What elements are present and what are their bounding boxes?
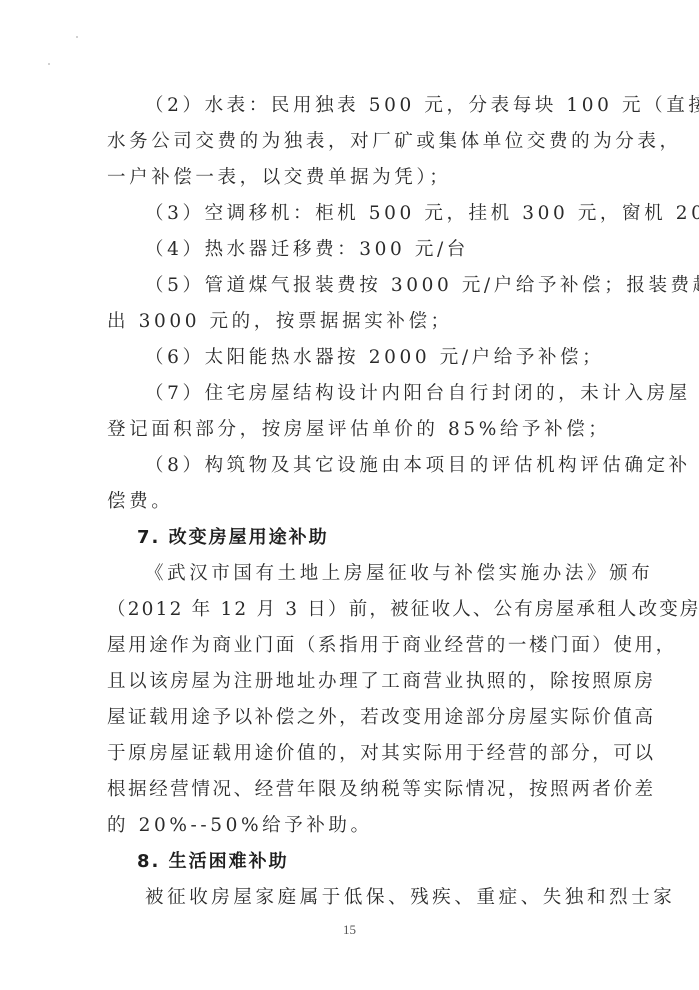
- document-page: （2）水表：民用独表 500 元，分表每块 100 元（直接对 水务公司交费的为…: [0, 0, 699, 990]
- section-7-paragraph-line: 根据经营情况、经营年限及纳税等实际情况，按照两者价差: [107, 772, 593, 808]
- item-2-line-1: （2）水表：民用独表 500 元，分表每块 100 元（直接对: [107, 88, 593, 124]
- item-5-line-2: 出 3000 元的，按票据据实补偿；: [107, 304, 593, 340]
- item-7-line-1: （7）住宅房屋结构设计内阳台自行封闭的，未计入房屋: [107, 376, 593, 412]
- scan-speck: [48, 63, 50, 65]
- item-4: （4）热水器迁移费：300 元/台: [107, 232, 593, 268]
- section-7-paragraph-line: 的 20%--50%给予补助。: [107, 808, 593, 844]
- section-7-paragraph-line: 且以该房屋为注册地址办理了工商营业执照的，除按照原房: [107, 664, 593, 700]
- item-3: （3）空调移机：柜机 500 元，挂机 300 元，窗机 200 元；: [107, 196, 593, 232]
- section-8-heading: 8. 生活困难补助: [107, 844, 593, 880]
- item-2-line-3: 一户补偿一表，以交费单据为凭）；: [107, 160, 593, 196]
- item-7-line-2: 登记面积部分，按房屋评估单价的 85%给予补偿；: [107, 412, 593, 448]
- item-6: （6）太阳能热水器按 2000 元/户给予补偿；: [107, 340, 593, 376]
- item-8-line-1: （8）构筑物及其它设施由本项目的评估机构评估确定补: [107, 448, 593, 484]
- section-7-paragraph-line: （2012 年 12 月 3 日）前，被征收人、公有房屋承租人改变房: [107, 592, 593, 628]
- section-7-paragraph-line: 《武汉市国有土地上房屋征收与补偿实施办法》颁布: [107, 556, 593, 592]
- document-body: （2）水表：民用独表 500 元，分表每块 100 元（直接对 水务公司交费的为…: [107, 88, 593, 916]
- item-2-line-2: 水务公司交费的为独表，对厂矿或集体单位交费的为分表，: [107, 124, 593, 160]
- item-5-line-1: （5）管道煤气报装费按 3000 元/户给予补偿；报装费超: [107, 268, 593, 304]
- page-number: 15: [0, 922, 699, 938]
- section-7-paragraph-line: 屋用途作为商业门面（系指用于商业经营的一楼门面）使用，: [107, 628, 593, 664]
- section-7-paragraph-line: 于原房屋证载用途价值的，对其实际用于经营的部分，可以: [107, 736, 593, 772]
- scan-speck: [76, 36, 78, 38]
- section-8-paragraph-line: 被征收房屋家庭属于低保、残疾、重症、失独和烈士家: [107, 880, 593, 916]
- section-7-paragraph-line: 屋证载用途予以补偿之外，若改变用途部分房屋实际价值高: [107, 700, 593, 736]
- section-7-heading: 7. 改变房屋用途补助: [107, 520, 593, 556]
- item-8-line-2: 偿费。: [107, 484, 593, 520]
